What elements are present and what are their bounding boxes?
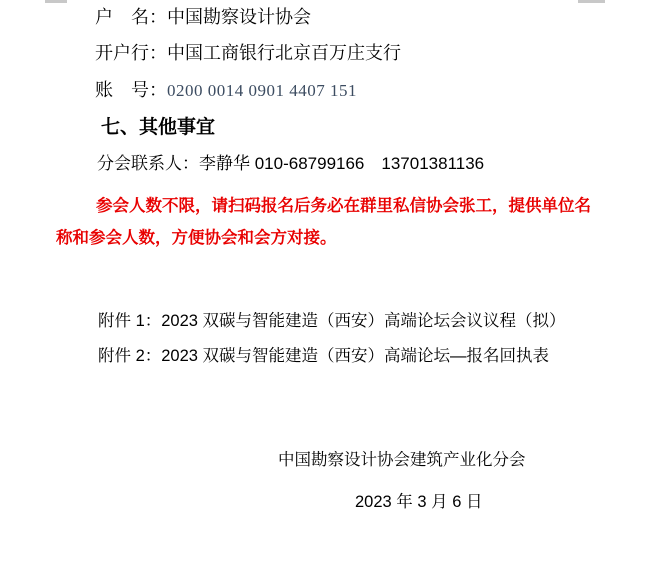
notice-red-line-2: 称和参会人数，方便协会和会方对接。 bbox=[56, 229, 337, 247]
section-heading: 七、其他事宜 bbox=[101, 118, 215, 139]
account-number-label: 账 号： bbox=[95, 80, 167, 100]
notice-red-line-1: 参会人数不限，请扫码报名后务必在群里私信协会张工，提供单位名 bbox=[96, 197, 591, 215]
signature-date: 2023 年 3 月 6 日 bbox=[355, 493, 482, 511]
account-number: 0200 0014 0901 4407 151 bbox=[167, 81, 357, 100]
document-page: 户 名：中国勘察设计协会 开户行：中国工商银行北京百万庄支行 账 号：0200 … bbox=[0, 0, 650, 575]
page-edge-artifact-right bbox=[578, 0, 605, 3]
bank-name-line: 开户行：中国工商银行北京百万庄支行 bbox=[95, 44, 401, 64]
account-holder-line: 户 名：中国勘察设计协会 bbox=[95, 8, 311, 28]
signature-organization: 中国勘察设计协会建筑产业化分会 bbox=[278, 451, 526, 469]
contact-line: 分会联系人：李静华 010-68799166 13701381136 bbox=[97, 155, 484, 174]
account-number-line: 账 号：0200 0014 0901 4407 151 bbox=[95, 81, 357, 101]
attachment-2-line: 附件 2：2023 双碳与智能建造（西安）高端论坛—报名回执表 bbox=[98, 347, 549, 365]
page-edge-artifact-left bbox=[45, 0, 67, 3]
attachment-1-line: 附件 1：2023 双碳与智能建造（西安）高端论坛会议议程（拟） bbox=[98, 312, 566, 330]
